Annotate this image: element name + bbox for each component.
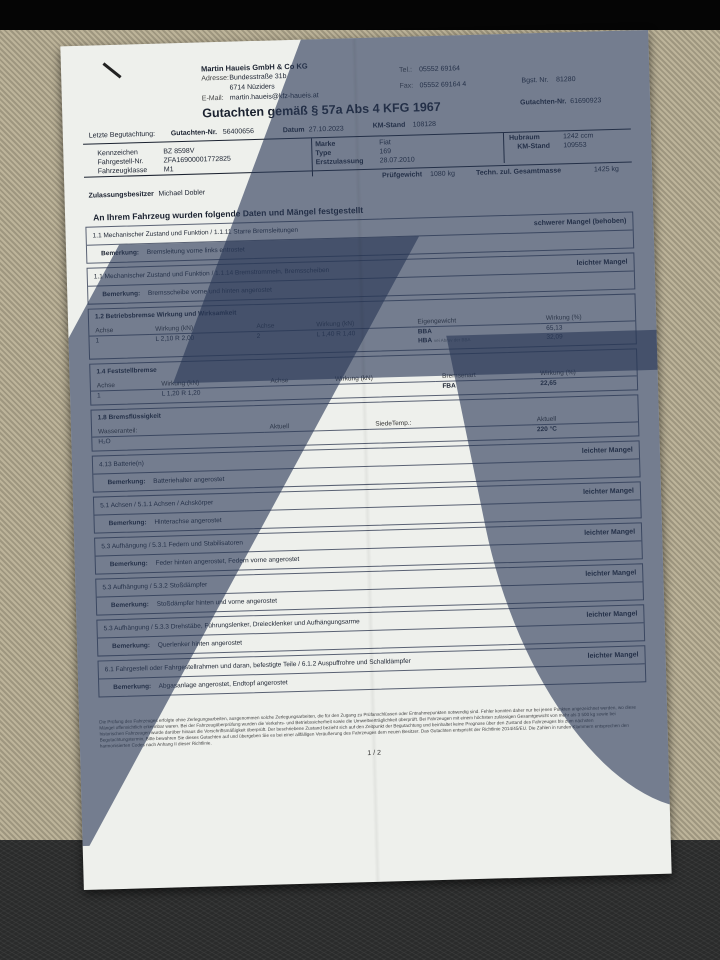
hba-note: vei Abruv der BBA: [434, 337, 471, 343]
defect-severity: leichter Mangel: [586, 610, 637, 618]
defect-severity: leichter Mangel: [584, 529, 635, 537]
city: 6714 Nüziders: [229, 83, 274, 91]
report-number-label: Gutachten-Nr.: [520, 98, 566, 106]
last-report-nr-label: Gutachten-Nr.: [171, 129, 217, 137]
marke-label: Marke: [315, 141, 335, 149]
remark-text: Batteriehalter angerostet: [153, 476, 224, 485]
fahrgestell-label: Fahrgestell-Nr.: [98, 158, 144, 166]
remark-text: Querlenker hinten angerostet: [158, 640, 242, 649]
type: 169: [379, 148, 391, 155]
remark-label: Bemerkung:: [110, 560, 148, 568]
defect-severity: leichter Mangel: [588, 651, 639, 659]
remark-text: Feder hinten angerostet, Federn vorne an…: [155, 556, 299, 567]
defect-severity: leichter Mangel: [582, 447, 633, 455]
km-label: KM-Stand: [517, 143, 550, 151]
klasse: M1: [164, 166, 174, 173]
gesamtmasse: 1425 kg: [594, 166, 619, 174]
defect-title: 5.3 Aufhängung / 5.3.2 Stoßdämpfer: [102, 581, 207, 591]
hba-label: HBA: [418, 337, 432, 344]
parking-brake-value: 22,65: [534, 376, 637, 388]
defect-title: 5.3 Aufhängung / 5.3.3 Drehstäbe, Führun…: [104, 618, 360, 632]
kennzeichen: BZ 8598V: [163, 148, 194, 156]
report-number-block: Gutachten-Nr. 61690923: [520, 97, 602, 106]
tel-label: Tel.:: [399, 62, 419, 79]
fahrgestell: ZFA16900001772825: [163, 156, 231, 165]
remark-label: Bemerkung:: [101, 249, 139, 257]
defect-severity: leichter Mangel: [577, 259, 628, 267]
email-label: E-Mail:: [202, 94, 230, 105]
remark-label: Bemerkung:: [111, 601, 149, 609]
km: 109553: [563, 142, 587, 150]
remark-text: Abgasanlage angerostet, Endtopf angerost…: [159, 679, 288, 690]
report-number: 61690923: [570, 97, 601, 105]
boiling-temp: 220 °C: [531, 422, 638, 434]
defect-severity: schwerer Mangel (behoben): [534, 218, 627, 228]
inspection-report-document: Martin Haueis GmbH & Co KG Adresse:Bunde…: [60, 30, 671, 890]
fax-label: Fax:: [399, 78, 419, 95]
legal-footer: Die Prüfung des Fahrzeuges erfolgte ohne…: [99, 704, 648, 749]
fax: 05552 69164 4: [419, 81, 466, 89]
hba-value: 32,09: [540, 330, 635, 342]
remark-label: Bemerkung:: [109, 519, 147, 527]
last-date-label: Datum: [283, 127, 305, 135]
hubraum: 1242 ccm: [563, 133, 594, 141]
last-date: 27.10.2023: [309, 125, 344, 133]
defect-title: 5.1 Achsen / 5.1.1 Achsen / Achskörper: [100, 499, 213, 509]
last-report-nr: 56400656: [223, 128, 254, 136]
defect-title: 1.1 Mechanischer Zustand und Funktion / …: [94, 267, 330, 281]
gesamtmasse-label: Techn. zul. Gesamtmasse: [476, 167, 561, 176]
street: Bundesstraße 31b: [229, 73, 286, 82]
besitzer: Michael Dobler: [158, 189, 205, 197]
email: martin.haueis@kfz-haueis.at: [230, 92, 319, 101]
last-km: 108128: [413, 121, 437, 129]
effect-cell: L 1,20 R 1,20: [156, 386, 265, 399]
pen-mark: [102, 62, 121, 78]
marke: Fiat: [379, 139, 391, 146]
remark-label: Bemerkung:: [107, 478, 145, 486]
remark-label: Bemerkung:: [112, 642, 150, 650]
defect-severity: leichter Mangel: [583, 488, 634, 496]
bgst-label: Bgst. Nr.: [521, 77, 548, 85]
remark-text: Hinterachse angerostet: [154, 517, 221, 526]
defect-title: 4.13 Batterie(n): [99, 460, 144, 468]
defects-list-bottom: 4.13 Batterie(n) leichter Mangel Bemerku…: [92, 440, 647, 697]
hubraum-label: Hubraum: [509, 134, 540, 142]
defect-title: 5.3 Aufhängung / 5.3.1 Federn und Stabil…: [101, 539, 243, 550]
last-km-label: KM-Stand: [373, 122, 406, 130]
defects-list-top: 1.1 Mechanischer Zustand und Funktion / …: [85, 211, 635, 304]
bgst-block: Bgst. Nr. 81280: [521, 76, 575, 85]
pruefgewicht-label: Prüfgewicht: [382, 171, 422, 179]
besitzer-label: Zulassungsbesitzer: [88, 191, 154, 200]
document-header: Martin Haueis GmbH & Co KG Adresse:Bunde…: [81, 47, 631, 124]
remark-text: Stoßdämpfer hinten und vorne angerostet: [157, 598, 277, 608]
remark-label: Bemerkung:: [113, 683, 151, 691]
contact-block: Tel.:05552 69164 Fax:05552 69164 4: [399, 61, 467, 95]
type-label: Type: [315, 150, 331, 157]
tel: 05552 69164: [419, 65, 460, 73]
company-block: Martin Haueis GmbH & Co KG Adresse:Bunde…: [201, 61, 319, 104]
erstzulassung-label: Erstzulassung: [316, 158, 364, 166]
kennzeichen-label: Kennzeichen: [97, 149, 138, 157]
bgst-number: 81280: [556, 76, 576, 84]
remark-text: Bremsleitung vorne links entrostet: [147, 246, 245, 256]
axle-cell: 1: [91, 389, 156, 400]
defect-title: 6.1 Fahrgestell oder Fahrgestellrahmen u…: [105, 658, 411, 674]
defect-title: 1.1 Mechanischer Zustand und Funktion / …: [93, 227, 299, 240]
erstzulassung: 28.07.2010: [380, 157, 415, 165]
klasse-label: Fahrzeugklasse: [98, 167, 148, 175]
remark-text: Bremsscheibe vorne und hinten angerostet: [148, 287, 272, 297]
pruefgewicht: 1080 kg: [430, 170, 455, 178]
remark-label: Bemerkung:: [102, 290, 140, 298]
defect-severity: leichter Mangel: [585, 569, 636, 577]
brake-type: FBA: [436, 379, 534, 391]
last-inspection-label: Letzte Begutachtung:: [89, 131, 155, 140]
